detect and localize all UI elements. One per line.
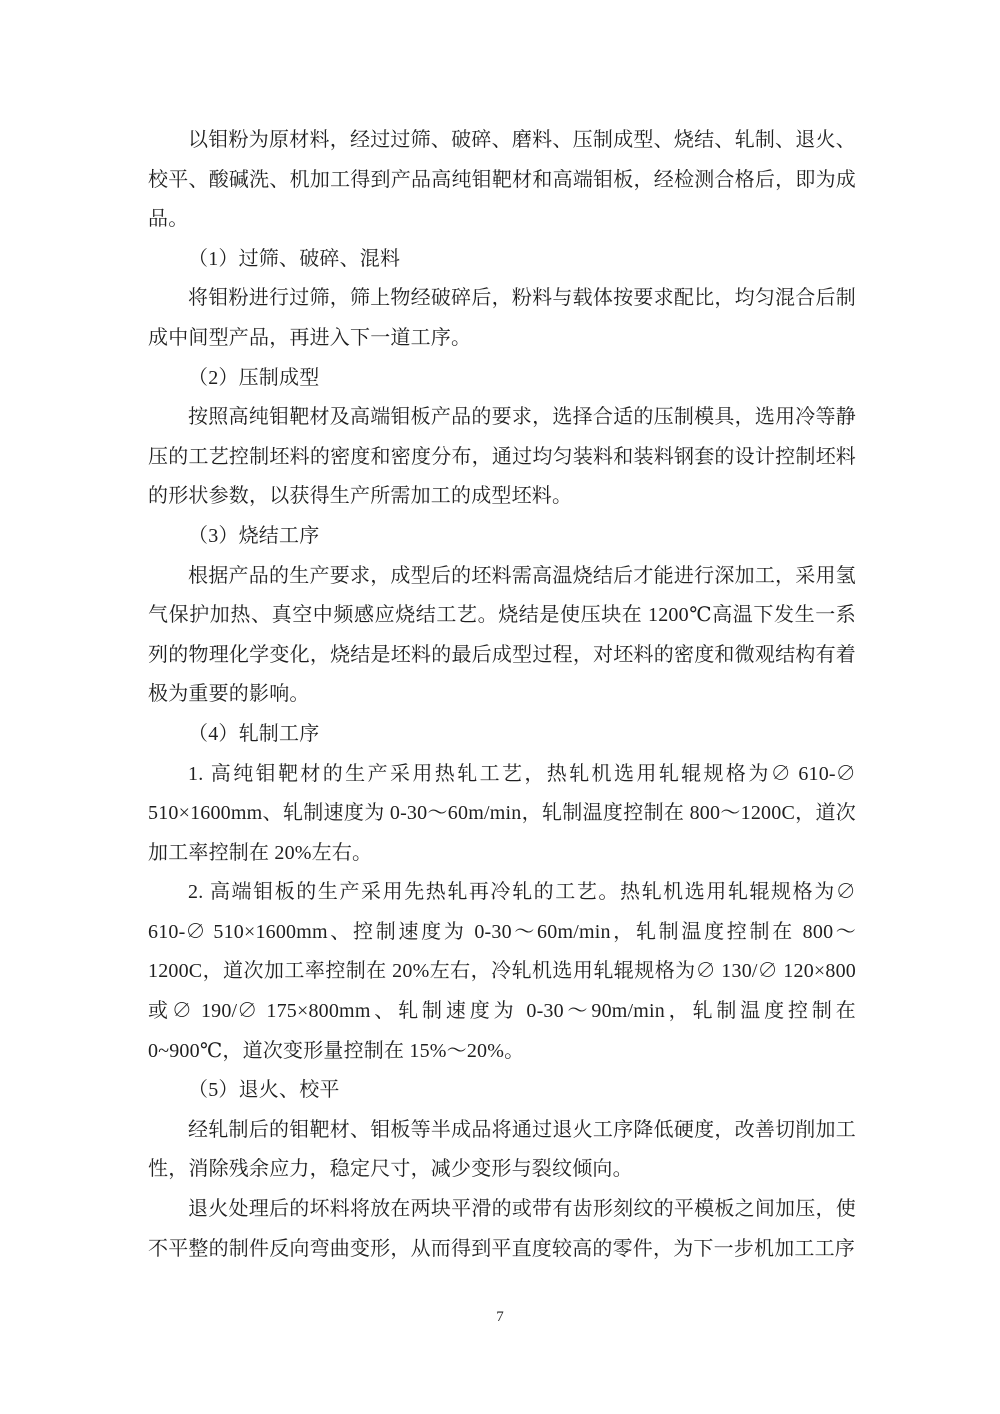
section-heading: （5）退火、校平 bbox=[148, 1071, 856, 1111]
paragraph: 1. 高纯钼靶材的生产采用热轧工艺，热轧机选用轧辊规格为∅ 610-∅ 510×… bbox=[148, 755, 856, 874]
document-body: 以钼粉为原材料，经过过筛、破碎、磨料、压制成型、烧结、轧制、退火、校平、酸碱洗、… bbox=[148, 121, 856, 1269]
paragraph: 经轧制后的钼靶材、钼板等半成品将通过退火工序降低硬度，改善切削加工性，消除残余应… bbox=[148, 1111, 856, 1190]
section-heading: （4）轧制工序 bbox=[148, 715, 856, 755]
paragraph: 按照高纯钼靶材及高端钼板产品的要求，选择合适的压制模具，选用冷等静压的工艺控制坯… bbox=[148, 398, 856, 517]
section-heading: （1）过筛、破碎、混料 bbox=[148, 240, 856, 280]
page-number: 7 bbox=[0, 1306, 1000, 1328]
paragraph: 根据产品的生产要求，成型后的坯料需高温烧结后才能进行深加工，采用氢气保护加热、真… bbox=[148, 557, 856, 715]
paragraph: 将钼粉进行过筛，筛上物经破碎后，粉料与载体按要求配比，均匀混合后制成中间型产品，… bbox=[148, 279, 856, 358]
document-page: 以钼粉为原材料，经过过筛、破碎、磨料、压制成型、烧结、轧制、退火、校平、酸碱洗、… bbox=[0, 0, 1000, 1414]
paragraph: 退火处理后的坏料将放在两块平滑的或带有齿形刻纹的平模板之间加压，使不平整的制件反… bbox=[148, 1190, 856, 1269]
paragraph: 2. 高端钼板的生产采用先热轧再冷轧的工艺。热轧机选用轧辊规格为∅ 610-∅ … bbox=[148, 873, 856, 1071]
section-heading: （2）压制成型 bbox=[148, 359, 856, 399]
paragraph: 以钼粉为原材料，经过过筛、破碎、磨料、压制成型、烧结、轧制、退火、校平、酸碱洗、… bbox=[148, 121, 856, 240]
section-heading: （3）烧结工序 bbox=[148, 517, 856, 557]
